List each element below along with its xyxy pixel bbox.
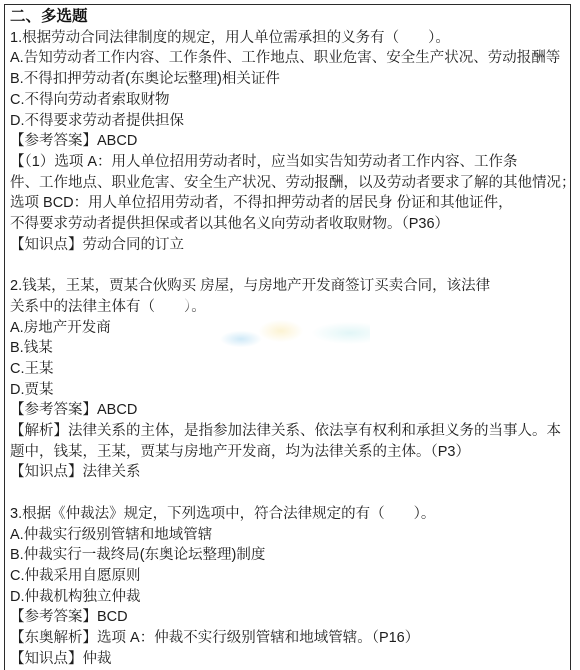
answer-line: 【参考答案】BCD	[10, 607, 570, 628]
option-line: A.仲裁实行级别管辖和地域管辖	[10, 525, 570, 546]
analysis-line: 题中，钱某，王某，贾某与房地产开发商，均为法律关系的主体。（P3）	[10, 442, 570, 463]
document-page: 二、多选题 1.根据劳动合同法律制度的规定，用人单位需承担的义务有（ ）。A.告…	[4, 4, 571, 670]
analysis-line: 选项 BCD：用人单位招用劳动者，不得扣押劳动者的居民身 份证和其他证件，	[10, 193, 570, 214]
option-line: D.不得要求劳动者提供担保	[10, 111, 570, 132]
blank-line	[10, 255, 570, 276]
document-content: 二、多选题 1.根据劳动合同法律制度的规定，用人单位需承担的义务有（ ）。A.告…	[5, 5, 570, 669]
option-line: D.仲裁机构独立仲裁	[10, 587, 570, 608]
answer-line: 【参考答案】ABCD	[10, 400, 570, 421]
question-stem-line: 关系中的法律主体有（ ）。	[10, 297, 570, 318]
knowledge-line: 【知识点】仲裁	[10, 649, 570, 670]
knowledge-line: 【知识点】劳动合同的订立	[10, 235, 570, 256]
answer-line: 【参考答案】ABCD	[10, 131, 570, 152]
option-line: D.贾某	[10, 380, 570, 401]
option-line: B.仲裁实行一裁终局(东奥论坛整理)制度	[10, 545, 570, 566]
option-line: C.仲裁采用自愿原则	[10, 566, 570, 587]
option-line: B.不得扣押劳动者(东奥论坛整理)相关证件	[10, 69, 570, 90]
analysis-line: 【东奥解析】选项 A：仲裁不实行级别管辖和地域管辖。（P16）	[10, 628, 570, 649]
analysis-line: 【（1）选项 A：用人单位招用劳动者时，应当如实告知劳动者工作内容、工作条	[10, 152, 570, 173]
option-line: A.告知劳动者工作内容、工作条件、工作地点、职业危害、安全生产状况、劳动报酬等	[10, 48, 570, 69]
question-block: 2.钱某，王某，贾某合伙购买 房屋，与房地产开发商签订买卖合同，该法律关系中的法…	[10, 276, 570, 483]
question-block: 3.根据《仲裁法》规定，下列选项中，符合法律规定的有（ ）。A.仲裁实行级别管辖…	[10, 504, 570, 670]
question-block: 1.根据劳动合同法律制度的规定，用人单位需承担的义务有（ ）。A.告知劳动者工作…	[10, 28, 570, 256]
question-stem-line: 1.根据劳动合同法律制度的规定，用人单位需承担的义务有（ ）。	[10, 28, 570, 49]
analysis-line: 不得要求劳动者提供担保或者以其他名义向劳动者收取财物。（P36）	[10, 214, 570, 235]
questions-container: 1.根据劳动合同法律制度的规定，用人单位需承担的义务有（ ）。A.告知劳动者工作…	[10, 28, 570, 670]
option-line: A.房地产开发商	[10, 318, 570, 339]
question-stem-line: 3.根据《仲裁法》规定，下列选项中，符合法律规定的有（ ）。	[10, 504, 570, 525]
option-line: C.不得向劳动者索取财物	[10, 90, 570, 111]
knowledge-line: 【知识点】法律关系	[10, 462, 570, 483]
option-line: B.钱某	[10, 338, 570, 359]
question-stem-line: 2.钱某，王某，贾某合伙购买 房屋，与房地产开发商签订买卖合同，该法律	[10, 276, 570, 297]
section-heading: 二、多选题	[10, 7, 570, 28]
option-line: C.王某	[10, 359, 570, 380]
analysis-line: 件、工作地点、职业危害、安全生产状况、劳动报酬，以及劳动者要求了解的其他情况；（…	[10, 173, 570, 194]
analysis-line: 【解析】法律关系的主体，是指参加法律关系、依法享有权利和承担义务的当事人。本	[10, 421, 570, 442]
blank-line	[10, 483, 570, 504]
